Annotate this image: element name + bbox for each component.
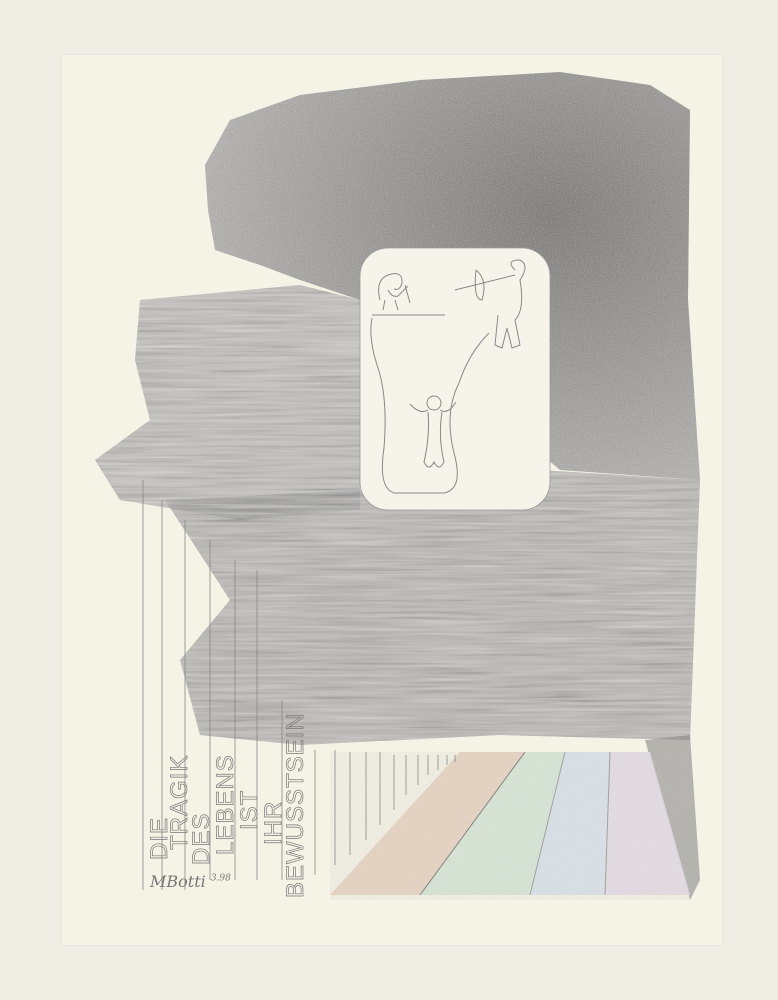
- drawing: [0, 0, 778, 1000]
- petroglyph-tablet: [360, 248, 550, 510]
- stairs: [330, 752, 690, 900]
- inscription-word-bewusstsein: BEWUSSTSEIN: [282, 712, 310, 898]
- artist-signature: MBotti 3.98: [150, 872, 231, 891]
